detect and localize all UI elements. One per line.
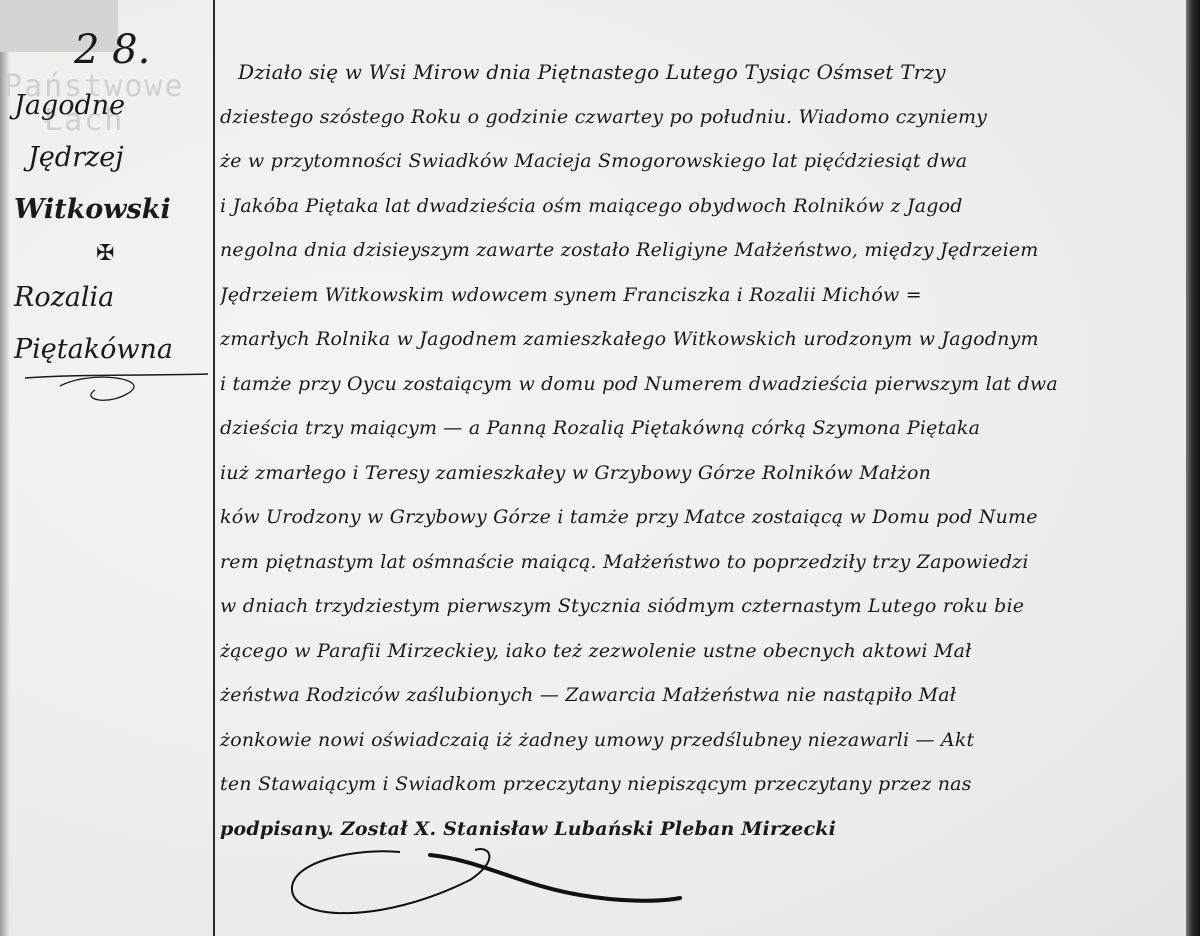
margin-column: 2 8. Jagodne Jędrzej Witkowski ✠ Rozalia… [14, 20, 209, 376]
record-line: dzieścia trzy maiącym — a Panną Rozalią … [220, 406, 1185, 451]
signature-flourish-icon [280, 840, 700, 930]
margin-bride-surname: Piętakówna [14, 324, 209, 376]
record-line: żonkowie nowi oświadczaią iż żadney umow… [220, 718, 1185, 763]
record-line: zmarłych Rolnika w Jagodnem zamieszkałeg… [220, 317, 1185, 362]
entry-number: 2 8. [74, 20, 209, 80]
record-line: negolna dnia dzisieyszym zawarte zostało… [220, 228, 1185, 273]
page-binding-shadow [0, 0, 10, 936]
record-line: żeństwa Rodziców zaślubionych — Zawarcia… [220, 673, 1185, 718]
record-line: iuż zmarłego i Teresy zamieszkałey w Grz… [220, 451, 1185, 496]
record-line: Działo się w Wsi Mirow dnia Piętnastego … [220, 50, 1185, 95]
record-line: i tamże przy Oycu zostaiącym w domu pod … [220, 362, 1185, 407]
cross-mark-icon: ✠ [96, 236, 209, 272]
page-edge-shadow [1186, 0, 1200, 936]
record-line: ten Stawaiącym i Swiadkom przeczytany ni… [220, 762, 1185, 807]
margin-groom-surname: Witkowski [14, 184, 209, 236]
record-line: ków Urodzony w Grzybowy Górze i tamże pr… [220, 495, 1185, 540]
record-body: Działo się w Wsi Mirow dnia Piętnastego … [220, 50, 1185, 851]
margin-groom-first-name: Jędrzej [14, 132, 209, 184]
scanned-register-page: Państwowe Łach 2 8. Jagodne Jędrzej Witk… [0, 0, 1200, 936]
record-line: w dniach trzydziestym pierwszym Stycznia… [220, 584, 1185, 629]
record-line: Jędrzeiem Witkowskim wdowcem synem Franc… [220, 273, 1185, 318]
margin-bride-first-name: Rozalia [14, 272, 209, 324]
margin-flourish-icon [20, 372, 210, 412]
record-line: że w przytomności Swiadków Macieja Smogo… [220, 139, 1185, 184]
margin-village: Jagodne [14, 80, 209, 132]
record-line: dziestego szóstego Roku o godzinie czwar… [220, 95, 1185, 140]
record-line: żącego w Parafii Mirzeckiey, iako też ze… [220, 629, 1185, 674]
record-line: i Jakóba Piętaka lat dwadzieścia ośm mai… [220, 184, 1185, 229]
margin-rule-line [213, 0, 215, 936]
record-line: rem piętnastym lat ośmnaście maiącą. Mał… [220, 540, 1185, 585]
